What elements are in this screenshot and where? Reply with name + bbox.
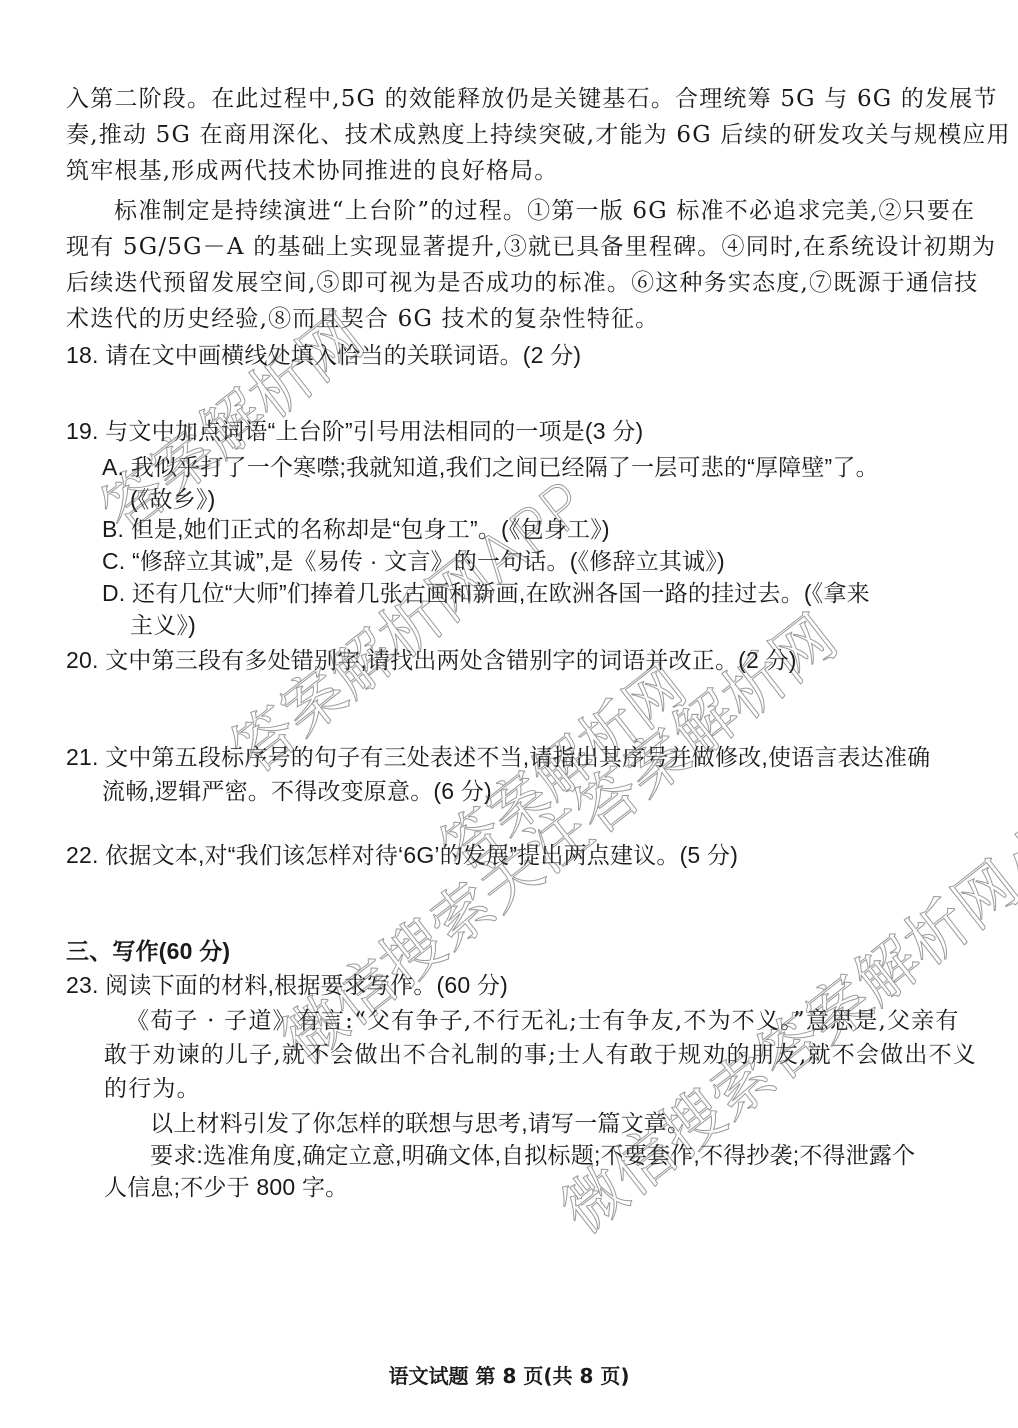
question-18: 18. 请在文中画横线处填入恰当的关联词语。(2 分) <box>66 340 581 370</box>
material-line: 敢于劝谏的儿子,就不会做出不合礼制的事;士人有敢于规劝的朋友,就不会做出不义 <box>104 1040 977 1070</box>
writing-prompt: 以上材料引发了你怎样的联想与思考,请写一篇文章。 <box>150 1108 690 1138</box>
passage-line: 术迭代的历史经验,⑧而且契合 6G 技术的复杂性特征。 <box>66 304 659 334</box>
question-21: 21. 文中第五段标序号的句子有三处表述不当,请指出其序号并做修改,使语言表达准… <box>66 742 930 772</box>
material-line: 的行为。 <box>104 1074 201 1104</box>
page-footer: 语文试题 第 8 页(共 8 页) <box>0 1360 1018 1389</box>
writing-requirements-cont: 人信息;不少于 800 字。 <box>104 1172 348 1202</box>
question-21-cont: 流畅,逻辑严密。不得改变原意。(6 分) <box>102 776 492 806</box>
passage-line: 后续迭代预留发展空间,⑤即可视为是否成功的标准。⑥这种务实态度,⑦既源于通信技 <box>66 268 978 298</box>
question-23: 23. 阅读下面的材料,根据要求写作。(60 分) <box>66 970 508 1000</box>
watermark: 微信搜索答案解析网小程序 <box>540 722 1018 1250</box>
question-19-option-a-source: (《故乡》) <box>130 484 216 514</box>
passage-line: 奏,推动 5G 在商用深化、技术成熟度上持续突破,才能为 6G 后续的研发攻关与… <box>66 120 1011 150</box>
question-19-stem: 19. 与文中加点词语“上台阶”引号用法相同的一项是(3 分) <box>66 416 643 446</box>
section-title-writing: 三、写作(60 分) <box>66 936 230 966</box>
passage-line-dotted-term: 标准制定是持续演进“上台阶”的过程。①第一版 6G 标准不必追求完美,②只要在 <box>114 196 975 226</box>
passage-line: 入第二阶段。在此过程中,5G 的效能释放仍是关键基石。合理统筹 5G 与 6G … <box>66 84 998 114</box>
question-19-option-a: A. 我似乎打了一个寒噤;我就知道,我们之间已经隔了一层可悲的“厚障壁”了。 <box>102 452 879 482</box>
question-20: 20. 文中第三段有多处错别字,请找出两处含错别字的词语并改正。(2 分) <box>66 645 797 675</box>
question-19-option-d-source: 主义》) <box>130 610 196 640</box>
passage-line: 现有 5G/5G－A 的基础上实现显著提升,③就已具备里程碑。④同时,在系统设计… <box>66 232 996 262</box>
passage-line: 筑牢根基,形成两代技术协同推进的良好格局。 <box>66 156 559 186</box>
question-19-option-c: C. “修辞立其诚”,是《易传 · 文言》的一句话。(《修辞立其诚》) <box>102 546 725 576</box>
writing-requirements: 要求:选准角度,确定立意,明确文体,自拟标题;不要套作,不得抄袭;不得泄露个 <box>150 1140 915 1170</box>
question-19-option-b: B. 但是,她们正式的名称却是“包身工”。(《包身工》) <box>102 514 610 544</box>
question-19-option-d: D. 还有几位“大师”们捧着几张古画和新画,在欧洲各国一路的挂过去。(《拿来 <box>102 578 870 608</box>
material-line: 《荀子 · 子道》有言:“父有争子,不行无礼;士有争友,不为不义。”意思是,父亲… <box>126 1006 960 1036</box>
watermark: 答案解析网APP <box>210 457 601 790</box>
question-22: 22. 依据文本,对“我们该怎样对待‘6G’的发展”提出两点建议。(5 分) <box>66 840 738 870</box>
